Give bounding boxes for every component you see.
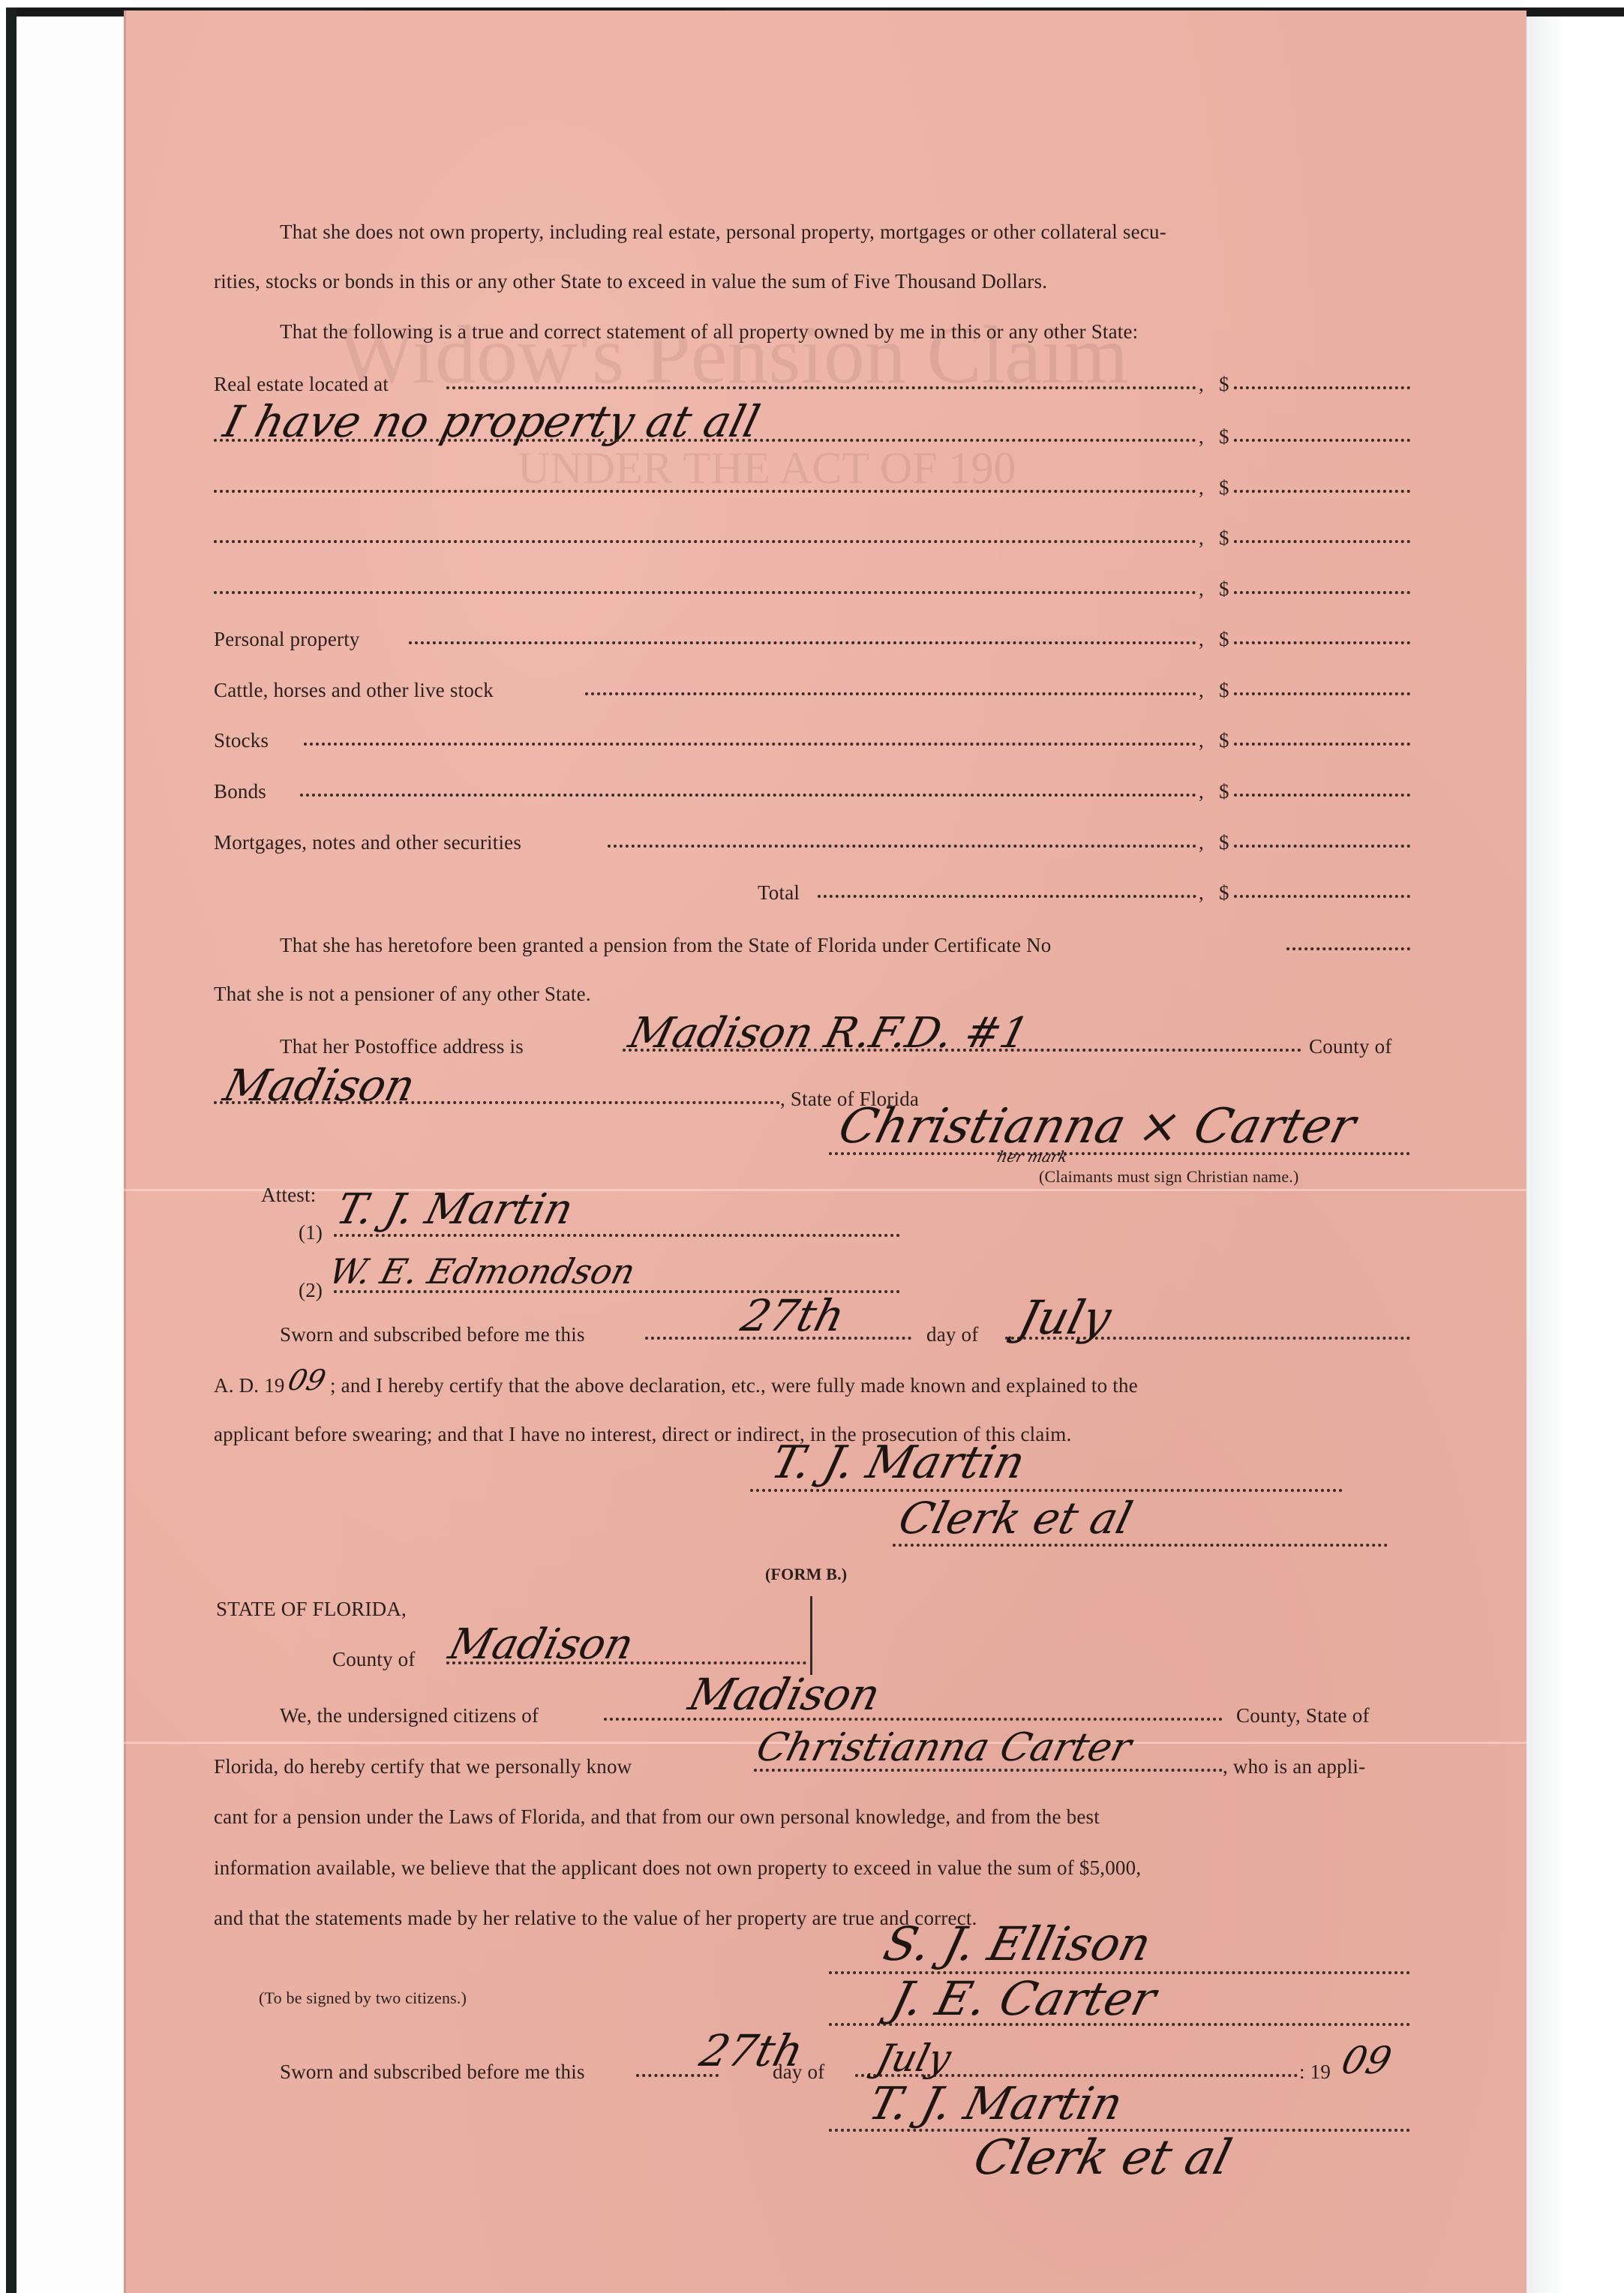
real-estate-line-2[interactable] [214, 439, 1196, 442]
personal-property-line[interactable] [409, 641, 1196, 644]
mortgages-amount[interactable] [1234, 845, 1410, 848]
stocks-label: Stocks [214, 728, 269, 753]
real-estate-line-5[interactable] [214, 591, 1196, 594]
citizens-county: Madison [684, 1669, 886, 1720]
handwritten-postoffice: Madison R.F.D. #1 [624, 1009, 1034, 1058]
form-b-day-of: day of [773, 2059, 824, 2084]
real-estate-line[interactable] [446, 386, 1196, 389]
attest-label: Attest: [261, 1182, 316, 1208]
state-of-florida-heading: STATE OF FLORIDA, [216, 1596, 407, 1622]
amount-line[interactable] [1234, 439, 1410, 442]
comma: , [1199, 626, 1204, 652]
dollar-sign: $ [1219, 576, 1229, 602]
comma: , [1199, 779, 1204, 804]
official-title: Clerk et al [894, 1493, 1138, 1544]
comma: , [1199, 728, 1204, 753]
signed-by-two-note: (To be signed by two citizens.) [259, 1985, 467, 2011]
comma: , [1199, 677, 1204, 703]
livestock-line[interactable] [585, 692, 1196, 695]
dollar-sign: $ [1219, 677, 1229, 703]
intro-line-1: That she does not own property, includin… [280, 219, 1166, 245]
page-edge-right [1526, 17, 1624, 2293]
dollar-sign: $ [1219, 525, 1229, 551]
stocks-amount[interactable] [1234, 743, 1410, 746]
postoffice-label: That her Postoffice address is [280, 1034, 524, 1059]
witness-1-number: (1) [299, 1220, 323, 1245]
amount-line[interactable] [1234, 591, 1410, 594]
livestock-label: Cattle, horses and other live stock [214, 677, 494, 703]
comma: , [1199, 830, 1204, 855]
bracket [810, 1596, 812, 1675]
not-pensioner-statement: That she is not a pensioner of any other… [214, 981, 591, 1007]
form-b-heading: (FORM B.) [765, 1562, 847, 1587]
total-amount[interactable] [1234, 895, 1410, 898]
form-b-sworn-prefix: Sworn and subscribed before me this [280, 2059, 585, 2084]
stocks-line[interactable] [304, 743, 1196, 746]
personal-property-amount[interactable] [1234, 641, 1410, 644]
scanner-frame-left [6, 8, 17, 2293]
total-line[interactable] [818, 895, 1196, 898]
livestock-amount[interactable] [1234, 692, 1410, 695]
county-of-label: County of [1309, 1034, 1392, 1059]
scanner-bed [17, 17, 124, 2293]
real-estate-line-3[interactable] [214, 490, 1196, 493]
certificate-statement: That she has heretofore been granted a p… [280, 932, 1052, 958]
citizen-2-signature: J. E. Carter [886, 1971, 1162, 2026]
certification-line-1: ; and I hereby certify that the above de… [330, 1373, 1138, 1398]
personal-property-label: Personal property [214, 626, 360, 652]
comma: , [1199, 371, 1204, 397]
witness-1-line[interactable] [334, 1234, 900, 1237]
bonds-line[interactable] [300, 794, 1196, 797]
amount-line[interactable] [1234, 540, 1410, 543]
form-b-body-3: information available, we believe that t… [214, 1855, 1141, 1880]
comma: , [1199, 880, 1204, 905]
certificate-number-line[interactable] [1286, 947, 1410, 950]
claimant-caption: (Claimants must sign Christian name.) [1039, 1164, 1299, 1190]
comma: , [1199, 576, 1204, 602]
real-estate-amount[interactable] [1234, 386, 1410, 389]
real-estate-line-4[interactable] [214, 540, 1196, 543]
citizen-1-signature: S. J. Ellison [878, 1916, 1157, 1971]
comma: , [1199, 424, 1204, 449]
witness-2-number: (2) [299, 1277, 323, 1303]
dollar-sign: $ [1219, 728, 1229, 753]
mortgages-label: Mortgages, notes and other securities [214, 830, 521, 855]
ghost-subheading: UNDER THE ACT OF 190 [518, 443, 1016, 494]
sworn-month: July [1013, 1290, 1117, 1345]
dollar-sign: $ [1219, 626, 1229, 652]
fold-crease [124, 1189, 1526, 1191]
official-title-line[interactable] [893, 1544, 1388, 1547]
intro-line-3: That the following is a true and correct… [280, 319, 1138, 344]
bonds-label: Bonds [214, 779, 266, 804]
comma: , [1199, 525, 1204, 551]
citizens-prefix: We, the undersigned citizens of [280, 1703, 539, 1728]
dollar-sign: $ [1219, 830, 1229, 855]
sworn-day-of: day of [926, 1322, 978, 1347]
intro-line-2: rities, stocks or bonds in this or any o… [214, 269, 1047, 294]
total-label: Total [758, 880, 800, 905]
dollar-sign: $ [1219, 880, 1229, 905]
amount-line[interactable] [1234, 490, 1410, 493]
handwritten-county: Madison [219, 1060, 421, 1111]
know-suffix: , who is an appli- [1223, 1754, 1365, 1779]
form-b-county-label: County of [332, 1646, 416, 1672]
sworn-prefix: Sworn and subscribed before me this [280, 1322, 585, 1347]
form-b-year-prefix: : 19 [1299, 2059, 1331, 2084]
witness-1-signature: T. J. Martin [332, 1185, 578, 1234]
know-prefix: Florida, do hereby certify that we perso… [214, 1754, 632, 1779]
form-b-body-2: cant for a pension under the Laws of Flo… [214, 1804, 1100, 1829]
official-signature: T. J. Martin [766, 1436, 1030, 1489]
form-b-official-title: Clerk et al [968, 2130, 1237, 2186]
official-signature-line[interactable] [750, 1489, 1343, 1492]
dollar-sign: $ [1219, 371, 1229, 397]
claimant-signature: Christianna × Carter [833, 1099, 1361, 1154]
ad-prefix: A. D. 19 [214, 1373, 285, 1398]
sworn-day: 27th [737, 1290, 850, 1341]
citizens-suffix: County, State of [1236, 1703, 1370, 1728]
dollar-sign: $ [1219, 424, 1229, 449]
comma: , [1199, 475, 1204, 500]
dollar-sign: $ [1219, 475, 1229, 500]
form-b-sworn-month: July [872, 2036, 956, 2080]
mortgages-line[interactable] [608, 845, 1196, 848]
applicant-name: Christianna Carter [752, 1725, 1136, 1770]
form-b-body-4: and that the statements made by her rela… [214, 1905, 977, 1931]
real-estate-label: Real estate located at [214, 371, 389, 397]
witness-2-signature: W. E. Edmondson [325, 1251, 639, 1292]
claimant-mark-note: her mark [995, 1148, 1070, 1166]
form-b-county: Madison [444, 1620, 638, 1669]
dollar-sign: $ [1219, 779, 1229, 804]
bonds-amount[interactable] [1234, 794, 1410, 797]
form-b-official-signature: T. J. Martin [863, 2078, 1127, 2130]
